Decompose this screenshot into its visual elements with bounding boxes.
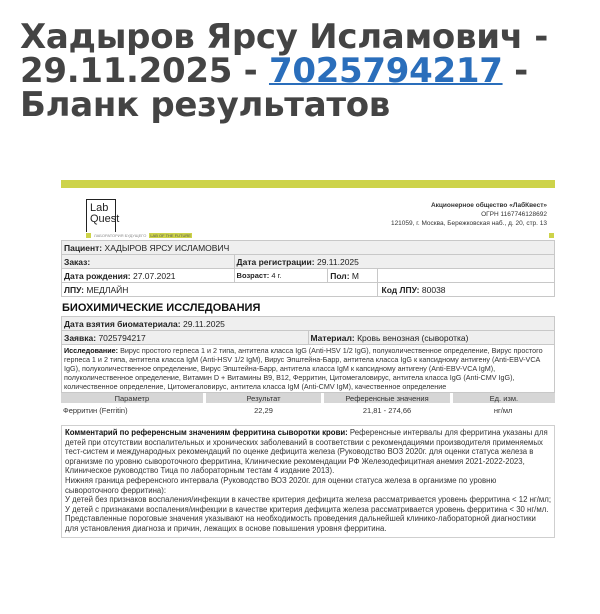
logo-tagline: ЛАБОРАТОРИЯ БУДУЩЕГО LAB OF THE FUTURE xyxy=(86,233,192,238)
comment-label: Комментарий по референсным значениям фер… xyxy=(65,428,348,437)
col-header-result: Результат xyxy=(204,393,323,403)
result-reference: 21,81 - 274,66 xyxy=(323,403,451,417)
study-list: Исследование: Вирус простого герпеса 1 и… xyxy=(61,345,555,393)
tagline-square-icon xyxy=(86,233,91,238)
comment-line-2: У детей без признаков воспаления/инфекци… xyxy=(65,495,551,505)
sample-date-cell: Дата взятия биоматериала: 29.11.2025 xyxy=(62,317,555,331)
col-header-unit: Ед. изм. xyxy=(451,393,555,403)
result-param: Ферритин (Ferritin) xyxy=(61,403,204,417)
reference-comment: Комментарий по референсным значениям фер… xyxy=(61,425,555,538)
lpu-code-cell: Код ЛПУ: 80038 xyxy=(377,283,555,297)
company-info: Акционерное общество «ЛабКвест» ОГРН 116… xyxy=(391,201,547,228)
tagline-en: LAB OF THE FUTURE xyxy=(149,233,192,238)
comment-line-3: У детей с признаками воспаления/инфекции… xyxy=(65,505,551,515)
order-cell: Заказ: xyxy=(62,255,235,269)
corner-square-icon xyxy=(549,233,554,238)
results-table: Параметр Результат Референсные значения … xyxy=(61,393,555,417)
company-name: Акционерное общество «ЛабКвест» xyxy=(391,201,547,210)
age-cell: Возраст: 4 г. xyxy=(234,269,328,283)
company-ogrn: ОГРН 1167746128692 xyxy=(391,210,547,219)
result-unit: нг/мл xyxy=(451,403,555,417)
page-title: Хадыров Ярсу Исламович - 29.11.2025 - 70… xyxy=(20,20,595,122)
patient-cell: Пациент: ХАДЫРОВ ЯРСУ ИСЛАМОВИЧ xyxy=(62,241,555,255)
table-row: Ферритин (Ferritin) 22,29 21,81 - 274,66… xyxy=(61,403,555,417)
result-value: 22,29 xyxy=(204,403,323,417)
col-header-reference: Референсные значения xyxy=(323,393,451,403)
comment-line-4: Представленные пороговые значения указыв… xyxy=(65,514,551,533)
company-address: 121059, г. Москва, Бережковская наб., д.… xyxy=(391,219,547,228)
col-header-parameter: Параметр xyxy=(61,393,204,403)
logo-line-2: Quest xyxy=(90,214,115,225)
sample-table: Дата взятия биоматериала: 29.11.2025 Зая… xyxy=(61,316,555,345)
request-cell: Заявка: 7025794217 xyxy=(62,331,309,345)
empty-cell xyxy=(377,269,555,283)
registration-date-cell: Дата регистрации: 29.11.2025 xyxy=(234,255,554,269)
birth-date-cell: Дата рождения: 27.07.2021 xyxy=(62,269,235,283)
sex-cell: Пол: М xyxy=(328,269,377,283)
results-form: Lab Quest ЛАБОРАТОРИЯ БУДУЩЕГО LAB OF TH… xyxy=(61,180,555,538)
lpu-cell: ЛПУ: МЕДЛАЙН xyxy=(62,283,378,297)
lab-header: Lab Quest ЛАБОРАТОРИЯ БУДУЩЕГО LAB OF TH… xyxy=(61,188,555,240)
brand-top-bar xyxy=(61,180,555,188)
patient-table: Пациент: ХАДЫРОВ ЯРСУ ИСЛАМОВИЧ Заказ: Д… xyxy=(61,240,555,297)
section-title: БИОХИМИЧЕСКИЕ ИССЛЕДОВАНИЯ xyxy=(62,302,555,314)
tagline-ru: ЛАБОРАТОРИЯ БУДУЩЕГО xyxy=(94,233,146,238)
material-cell: Материал: Кровь венозная (сыворотка) xyxy=(308,331,555,345)
comment-line-1: Нижняя граница референсного интервала (Р… xyxy=(65,476,551,495)
labquest-logo: Lab Quest xyxy=(86,199,116,232)
